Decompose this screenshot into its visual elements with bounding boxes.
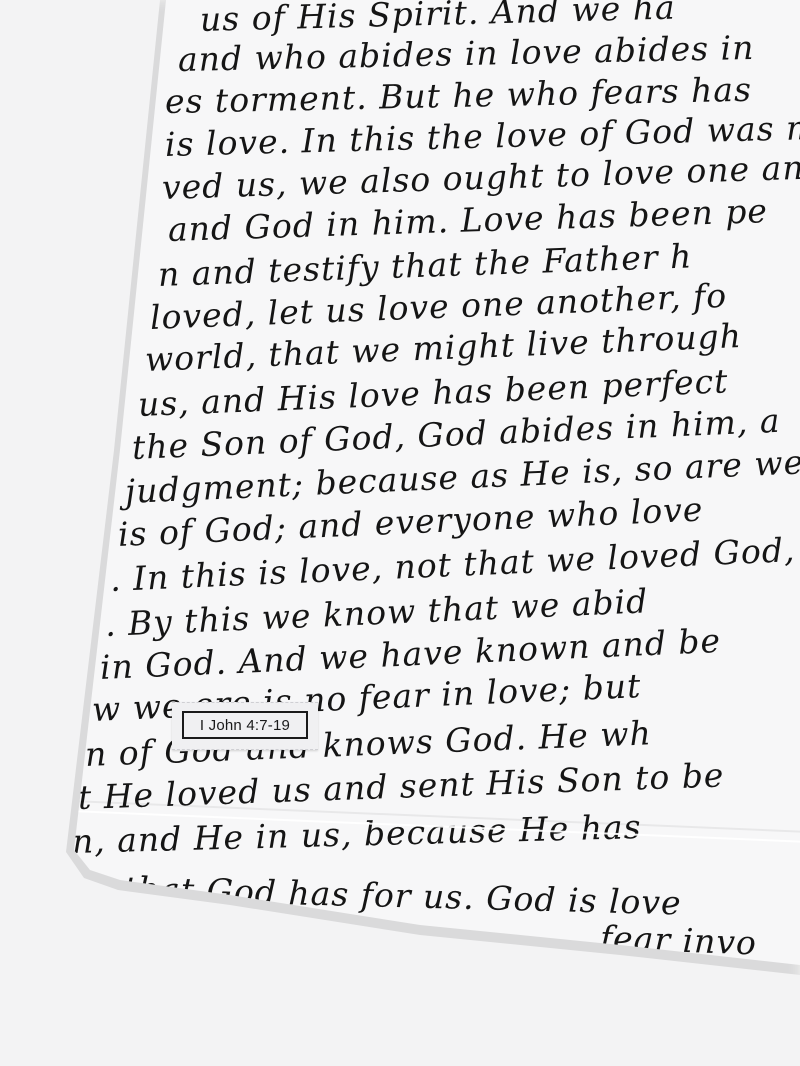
product-photo: us of His Spirit. And we haand who abide… xyxy=(0,0,800,1066)
scripture-tag: I John 4:7-19 xyxy=(172,702,318,750)
shirt-fabric: us of His Spirit. And we haand who abide… xyxy=(0,0,800,1066)
scripture-tag-label: I John 4:7-19 xyxy=(182,711,308,739)
